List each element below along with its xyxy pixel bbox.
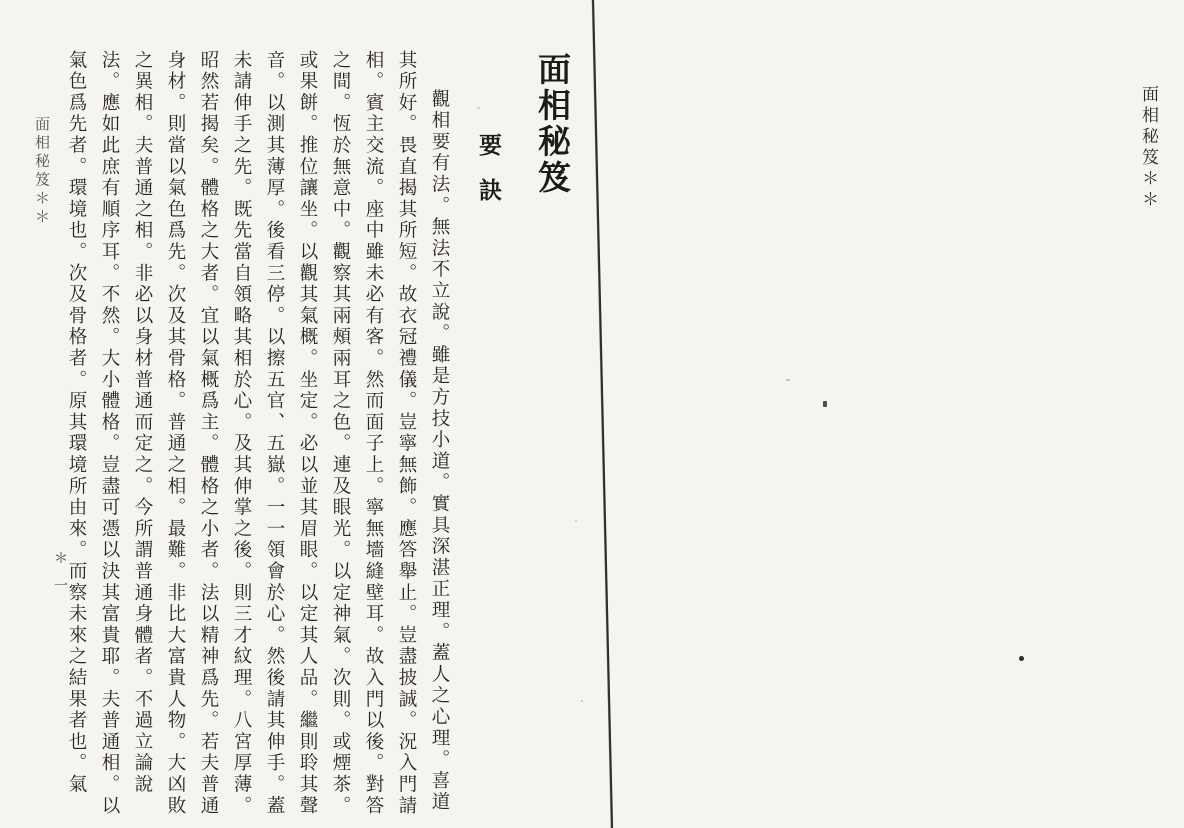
scan-speck (575, 520, 577, 522)
scan-speck (823, 401, 827, 407)
scan-speck (1019, 656, 1024, 661)
text-column: 身材。則當以氣色爲先。次及其骨格。普通之相。最難。非比大富貴人物。大凶敗 (158, 50, 191, 828)
scan-speck (786, 379, 790, 381)
text-column: 其所好。畏直揭其所短。故衣冠禮儀。豈寧無飾。應答舉止。豈盡披誠。況入門請 (389, 50, 422, 828)
text-column: 昭然若揭矣。體格之大者。宜以氣概爲主。體格之小者。法以精神爲先。若夫普通 (191, 50, 224, 828)
scan-speck (477, 107, 480, 109)
body-text-block: 觀相要有法。無法不立說。雖是方技小道。實具深湛正理。蓋人之心理。喜道 其所好。畏… (59, 50, 455, 828)
text-column: 相。賓主交流。座中雖未必有客。然而面子上。寧無墻縫壁耳。故入門以後。對答 (356, 50, 389, 828)
page-number-marker: ＊一 (49, 551, 69, 605)
text-column: 之異相。夫普通之相。非必以身材普通而定之。今所謂普通身體者。不過立論說 (125, 50, 158, 828)
text-column: 之間。恆於無意中。觀察其兩頰兩耳之色。連及眼光。以定神氣。次則。或煙茶。 (323, 50, 356, 828)
book-title: 面相秘笈 (528, 52, 575, 196)
text-column: 氣色爲先者。環境也。次及骨格者。原其環境所由來。而察未來之結果者也。氣 (59, 50, 92, 828)
text-column: 音。以測其薄厚。後看三停。以擦五官、五嶽。一一領會於心。然後請其伸手。蓋 (257, 50, 290, 828)
text-column: 法。應如此庶有順序耳。不然。大小體格。豈盡可憑以決其富貴耶。夫普通相。以 (92, 50, 125, 828)
right-page-running-head: 面相秘笈＊＊ (1136, 85, 1161, 211)
scanned-book-spread: 面相秘笈＊＊ 面相秘笈 要訣 觀相要有法。無法不立說。雖是方技小道。實具深湛正理… (0, 0, 1184, 828)
left-page-running-head: 面相秘笈＊＊ (31, 116, 52, 227)
text-column: 或果餅。推位讓坐。以觀其氣概。坐定。必以並其眉眼。以定其人品。繼則聆其聲 (290, 50, 323, 828)
text-column: 未請伸手之先。既先當自領略其相於心。及其伸掌之後。則三才紋理。八宮厚薄。 (224, 50, 257, 828)
text-column: 觀相要有法。無法不立說。雖是方技小道。實具深湛正理。蓋人之心理。喜道 (422, 50, 455, 828)
scan-speck (581, 700, 583, 702)
section-heading: 要訣 (472, 133, 505, 223)
